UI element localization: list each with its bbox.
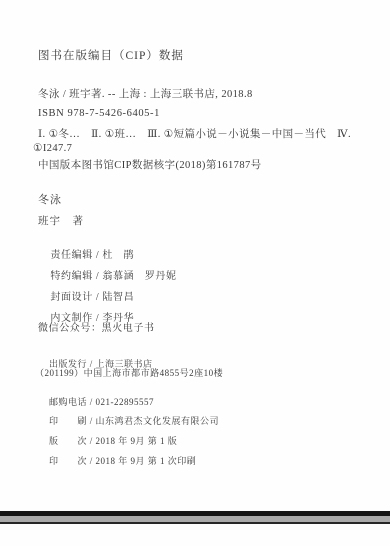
classification-line: Ⅰ. ①冬… Ⅱ. ①班… Ⅲ. ①短篇小说－小说集－中国－当代 Ⅳ. ①I24…	[33, 128, 367, 156]
publisher-address-line: （201199）中国上海市都市路4855号2座10楼	[35, 366, 223, 379]
copyright-page: 图书在版编目（CIP）数据 冬泳 / 班宇著. -- 上海 : 上海三联书店, …	[0, 0, 390, 546]
cip-header: 图书在版编目（CIP）数据	[38, 47, 184, 63]
book-author: 班宇 著	[38, 213, 84, 228]
impression-label: 印 次	[49, 456, 87, 466]
cip-record-line: 中国版本图书馆CIP数据核字(2018)第161787号	[38, 157, 262, 172]
impression-line: 印 次 / 2018 年 9月 第 1 次印刷	[38, 444, 196, 477]
isbn-line: ISBN 978-7-5426-6405-1	[38, 108, 160, 119]
book-title: 冬泳	[38, 191, 62, 207]
page-break-divider	[0, 511, 390, 524]
wechat-account-line: 微信公众号：黑火电子书	[38, 319, 155, 334]
page-break-bottom-line	[0, 522, 390, 524]
catalog-line: 冬泳 / 班宇著. -- 上海 : 上海三联书店, 2018.8	[38, 86, 253, 101]
impression-separator: /	[87, 456, 96, 466]
impression-value: 2018 年 9月 第 1 次印刷	[96, 456, 197, 466]
